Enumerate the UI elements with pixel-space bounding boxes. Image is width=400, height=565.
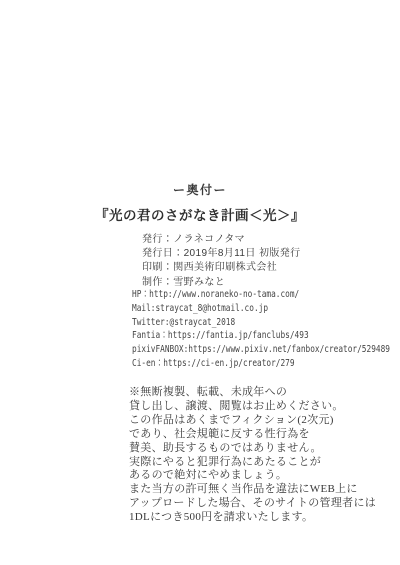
- publication-line-publish-date: 発行日：2019年8月11日 初版発行: [142, 247, 301, 261]
- notice-line: 賛美、助長するものではありません。: [129, 442, 376, 456]
- notice-line: ※無断複製、転載、未成年への: [129, 386, 376, 400]
- contact-line-cien: Ci-en：https://ci-en.jp/creator/279: [132, 357, 400, 371]
- publication-line-publisher: 発行：ノラネコノタマ: [142, 233, 301, 247]
- notice-line: であり、社会規範に反する性行為を: [129, 428, 376, 442]
- colophon-page: ー奥付ー 『光の君のさがなき計画＜光＞』 発行：ノラネコノタマ 発行日：2019…: [0, 0, 400, 565]
- homepage-url: HP：http://www.noraneko-no-tama.com/: [132, 288, 299, 302]
- notice-line: この作品はあくまでフィクション(2次元): [129, 414, 376, 428]
- contact-line-twitter: Twitter:@straycat_2018: [132, 316, 400, 330]
- contact-links: HP：http://www.noraneko-no-tama.com/ Mail…: [132, 288, 400, 371]
- contact-line-mail: Mail:straycat_8@hotmail.co.jp: [132, 302, 400, 316]
- notice-line: アップロードした場合、そのサイトの管理者には: [129, 497, 376, 511]
- fantia-url: Fantia：https://fantia.jp/fanclubs/493: [132, 329, 309, 343]
- ci-en-url: Ci-en：https://ci-en.jp/creator/279: [132, 357, 295, 371]
- notice-line: 1DLにつき500円を請求いたします。: [129, 511, 376, 525]
- notice-line: また当方の許可無く当作品を違法にWEB上に: [129, 483, 376, 497]
- legal-notice: ※無断複製、転載、未成年への 貸し出し、譲渡、閲覧はお止めください。 この作品は…: [129, 386, 376, 525]
- contact-line-homepage: HP：http://www.noraneko-no-tama.com/: [132, 288, 400, 302]
- notice-line: 貸し出し、譲渡、閲覧はお止めください。: [129, 400, 376, 414]
- contact-line-fanbox: pixivFANBOX:https://www.pixiv.net/fanbox…: [132, 343, 400, 357]
- contact-line-fantia: Fantia：https://fantia.jp/fanclubs/493: [132, 329, 400, 343]
- book-title: 『光の君のさがなき計画＜光＞』: [0, 204, 400, 224]
- mail-address: Mail:straycat_8@hotmail.co.jp: [132, 302, 268, 316]
- pixiv-fanbox-url: pixivFANBOX:https://www.pixiv.net/fanbox…: [132, 343, 390, 357]
- twitter-handle: Twitter:@straycat_2018: [132, 316, 235, 330]
- notice-line: あるので絶対にやめましょう。: [129, 469, 376, 483]
- publication-line-printer: 印刷：関西美術印刷株式会社: [142, 261, 301, 275]
- colophon-header: ー奥付ー 『光の君のさがなき計画＜光＞』: [0, 181, 400, 224]
- publication-info: 発行：ノラネコノタマ 発行日：2019年8月11日 初版発行 印刷：関西美術印刷…: [142, 233, 301, 290]
- section-label: ー奥付ー: [0, 181, 400, 198]
- notice-line: 実際にやると犯罪行為にあたることが: [129, 456, 376, 470]
